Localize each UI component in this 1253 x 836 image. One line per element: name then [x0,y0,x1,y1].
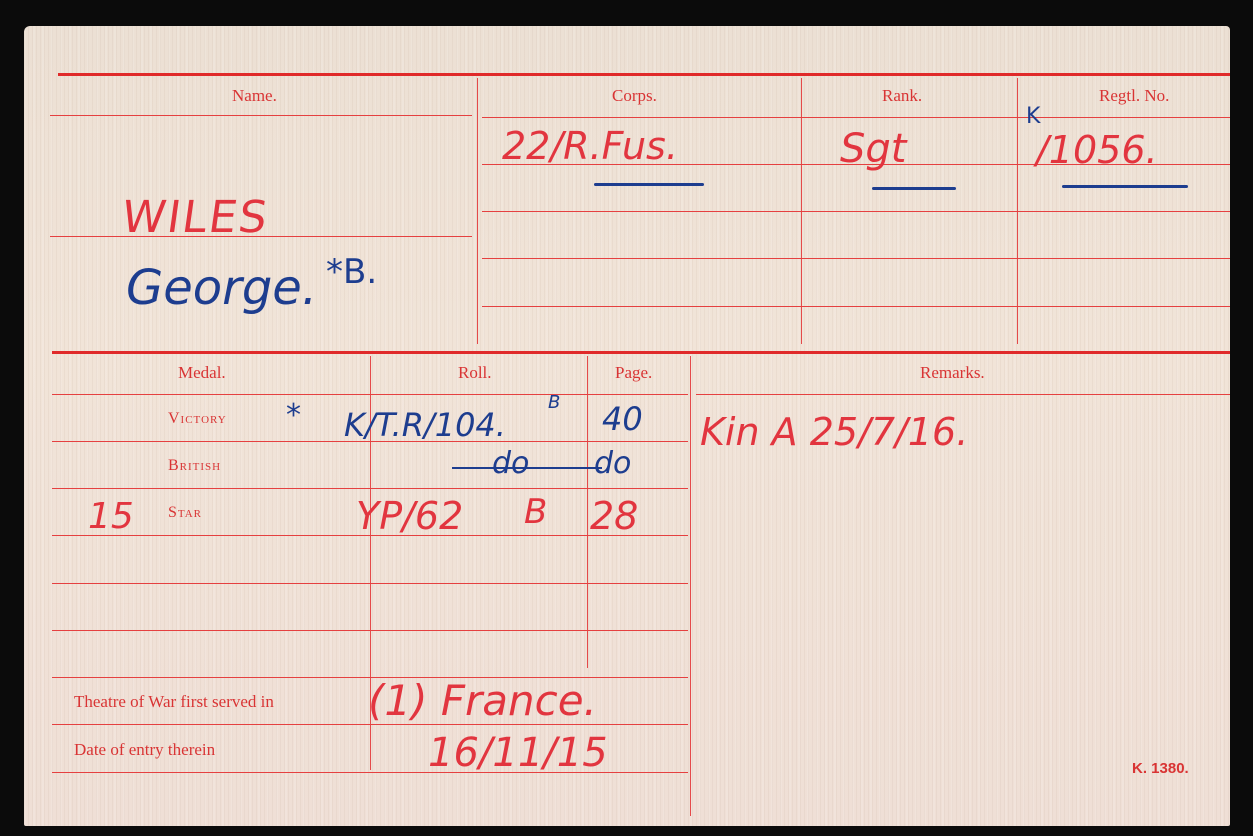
forename: George. [126,260,317,316]
rule [482,306,1230,307]
rule [696,394,1230,395]
divider-page-remarks [690,356,691,816]
regtl-value: /1056. [1036,128,1158,172]
divider-name-corps [477,78,478,344]
divider-roll-page [587,356,588,668]
rule [52,583,688,584]
page-value: do [594,446,631,481]
roll-value: K/T.R/104. [344,406,506,444]
section-divider-line [52,351,1230,354]
remarks-value: Kin A 25/7/16. [700,410,968,454]
date-label: Date of entry therein [74,740,215,760]
corps-value: 22/R.Fus. [502,124,678,168]
roll-value: do [492,446,529,481]
page-value: 40 [602,400,643,438]
medal-marker: * [286,398,301,433]
medal-header: Medal. [178,363,226,383]
date-value: 16/11/15 [428,730,608,776]
regtl-prefix: K [1026,104,1040,129]
rule [482,117,1230,118]
rank-header: Rank. [882,86,922,106]
form-code: K. 1380. [1132,760,1189,777]
surname: WILES [118,192,272,243]
medal-index-card: Name. Corps. Rank. Regtl. No. WILES Geor… [24,26,1230,826]
corps-header: Corps. [612,86,657,106]
medal-label: Star [168,504,202,522]
ditto-mark-regtl [1062,185,1188,188]
page-header: Page. [615,363,652,383]
regtl-no-header: Regtl. No. [1099,86,1169,106]
remarks-header: Remarks. [920,363,985,383]
rule [50,115,472,116]
medal-label: Victory [168,410,227,428]
theatre-label: Theatre of War first served in [74,692,274,712]
rule [482,258,1230,259]
roll-value: YP/62 [356,494,463,538]
roll-suffix: B [524,492,547,532]
rule [482,211,1230,212]
name-header: Name. [232,86,277,106]
rule [52,394,688,395]
roll-header: Roll. [458,363,492,383]
name-annotation: *B. [326,252,377,292]
roll-suffix: B [548,392,560,413]
page-value: 28 [590,494,638,538]
medal-label: British [168,457,221,475]
top-border-line [58,73,1230,76]
rank-value: Sgt [840,126,906,172]
ditto-mark-corps [594,183,704,186]
rule [52,488,688,489]
medal-prefix: 15 [88,496,134,537]
theatre-value: (1) France. [368,676,597,725]
ditto-mark-rank [872,187,956,190]
rule [52,630,688,631]
